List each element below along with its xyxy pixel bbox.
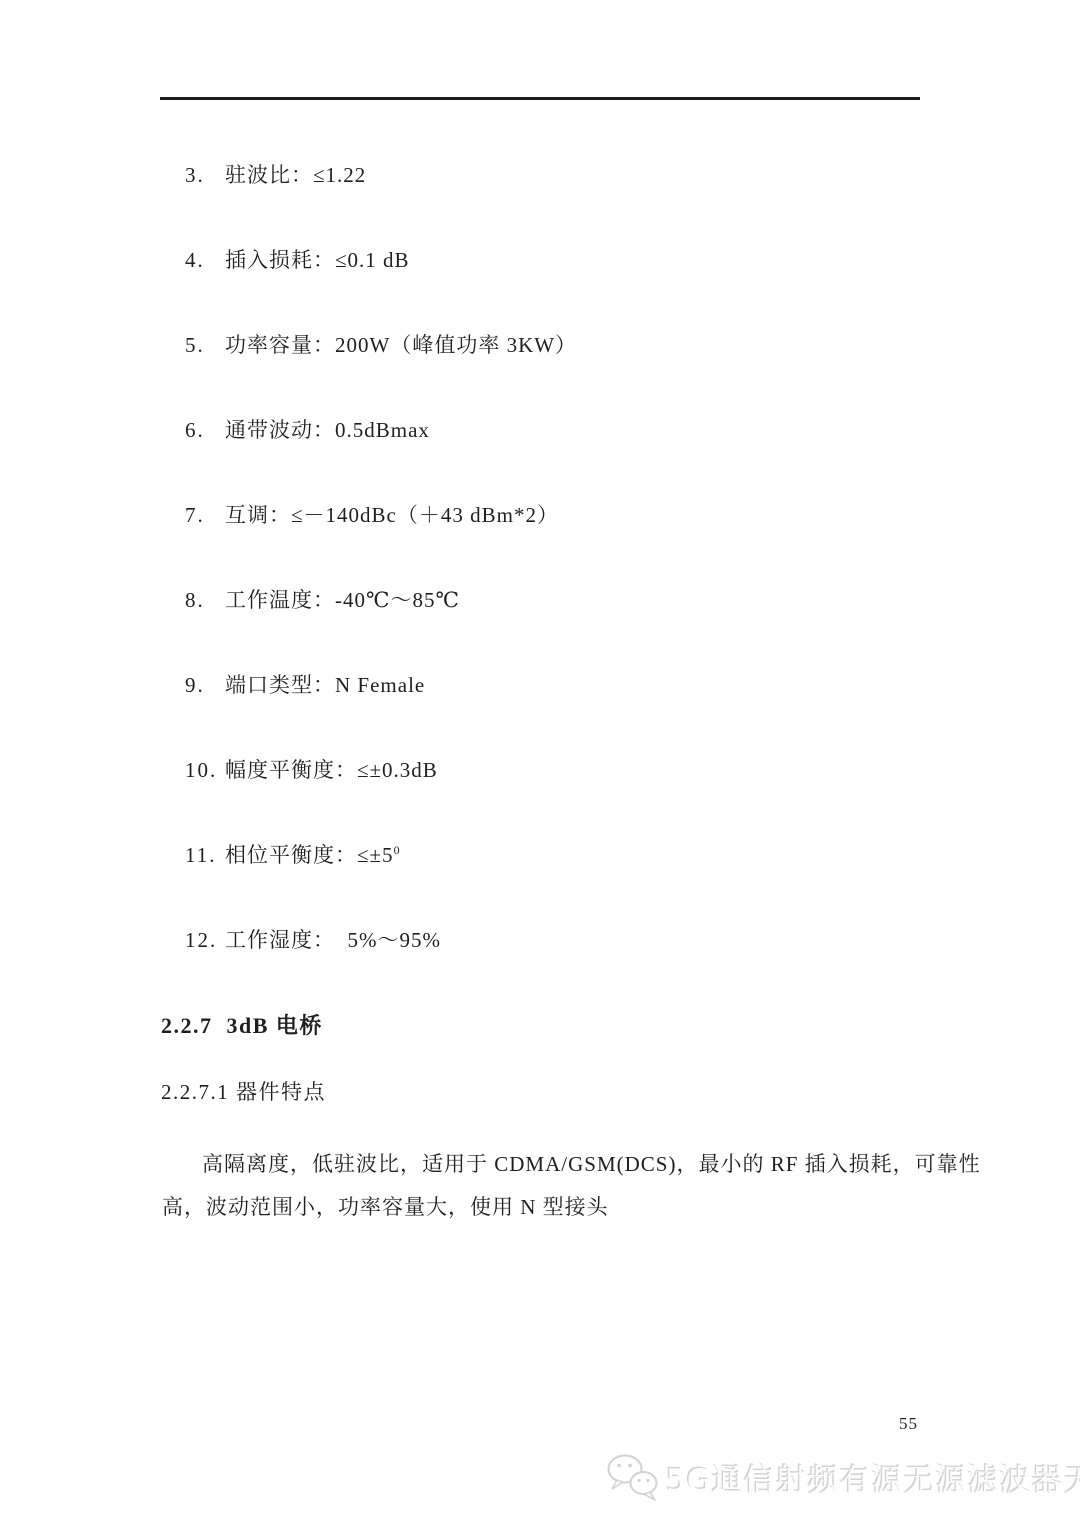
spec-item-text: 互调：≤－140dBc（＋43 dBm*2） xyxy=(225,503,559,527)
spec-item-text: 功率容量：200W（峰值功率 3KW） xyxy=(225,333,577,357)
spec-item-number: 11. xyxy=(185,843,225,867)
spec-item-text: 工作湿度： 5%～95% xyxy=(225,928,441,952)
spec-item-number: 4. xyxy=(185,248,225,272)
spec-item-number: 7. xyxy=(185,503,225,527)
spec-item-superscript: 0 xyxy=(394,843,401,857)
spec-item-5: 5.功率容量：200W（峰值功率 3KW） xyxy=(160,309,950,381)
spec-item-text: 工作温度：-40℃～85℃ xyxy=(225,588,460,612)
spec-item-3: 3.驻波比：≤1.22 xyxy=(160,139,950,211)
spec-item-number: 12. xyxy=(185,928,225,952)
document-page: 3.驻波比：≤1.22 4.插入损耗：≤0.1 dB 5.功率容量：200W（峰… xyxy=(0,0,1080,1526)
watermark: 5G通信射频有源无源滤波器天线 xyxy=(604,1448,1080,1506)
spec-item-text: 相位平衡度：≤±5 xyxy=(225,843,394,867)
spec-item-text: 驻波比：≤1.22 xyxy=(225,163,366,187)
spec-item-12: 12.工作湿度： 5%～95% xyxy=(160,904,950,976)
spec-item-number: 3. xyxy=(185,163,225,187)
spec-item-9: 9.端口类型：N Female xyxy=(160,649,950,721)
header-rule xyxy=(160,97,920,100)
spec-item-number: 10. xyxy=(185,758,225,782)
body-paragraph-line-1: 高隔离度，低驻波比，适用于 CDMA/GSM(DCS)，最小的 RF 插入损耗，… xyxy=(202,1148,981,1178)
spec-item-text: 端口类型：N Female xyxy=(225,673,425,697)
spec-item-text: 通带波动：0.5dBmax xyxy=(225,418,430,442)
spec-item-4: 4.插入损耗：≤0.1 dB xyxy=(160,224,950,296)
spec-item-11: 11.相位平衡度：≤±50 xyxy=(160,819,950,891)
spec-item-10: 10.幅度平衡度：≤±0.3dB xyxy=(160,734,950,806)
watermark-text: 5G通信射频有源无源滤波器天线 xyxy=(666,1455,1080,1500)
spec-item-number: 9. xyxy=(185,673,225,697)
body-paragraph-line-2: 高，波动范围小，功率容量大，使用 N 型接头 xyxy=(162,1191,609,1221)
spec-item-number: 8. xyxy=(185,588,225,612)
spec-item-text: 插入损耗：≤0.1 dB xyxy=(225,248,410,272)
spec-item-6: 6.通带波动：0.5dBmax xyxy=(160,394,950,466)
spec-item-text: 幅度平衡度：≤±0.3dB xyxy=(225,758,438,782)
spec-item-number: 5. xyxy=(185,333,225,357)
subsection-heading: 2.2.7.1 器件特点 xyxy=(161,1076,326,1106)
spec-item-7: 7.互调：≤－140dBc（＋43 dBm*2） xyxy=(160,479,950,551)
spec-item-number: 6. xyxy=(185,418,225,442)
wechat-icon xyxy=(604,1451,660,1503)
section-heading: 2.2.7 3dB 电桥 xyxy=(161,1009,323,1040)
spec-item-8: 8.工作温度：-40℃～85℃ xyxy=(160,564,950,636)
page-number: 55 xyxy=(899,1414,918,1434)
